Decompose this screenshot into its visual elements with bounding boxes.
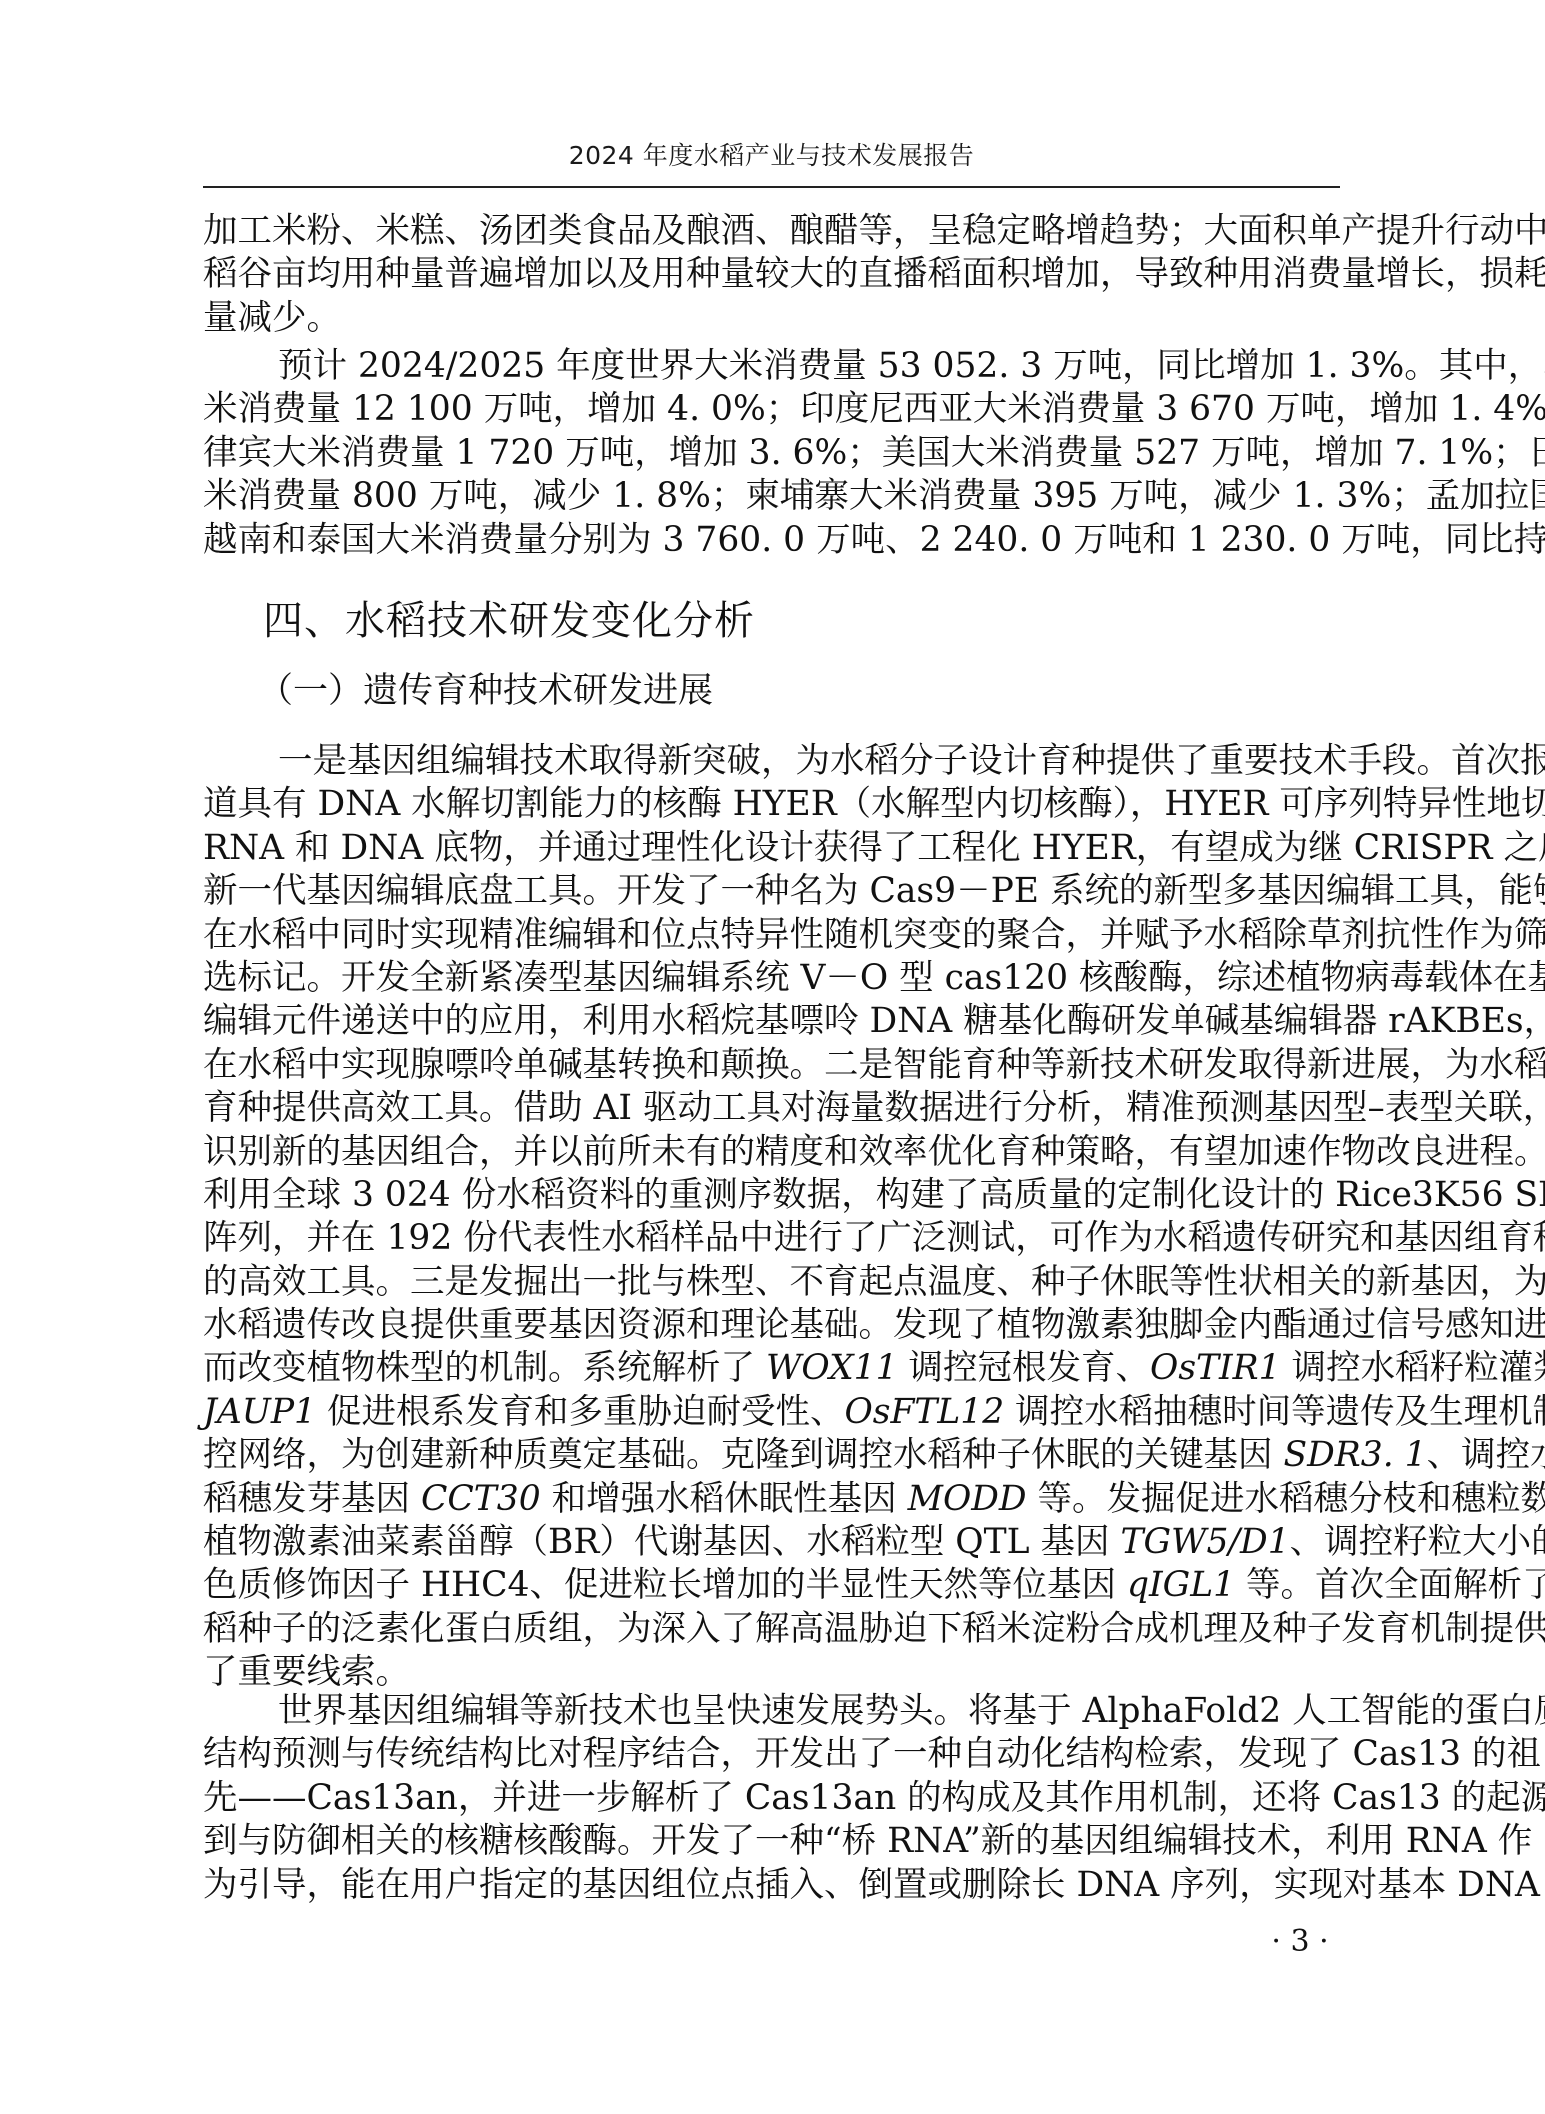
text-line: 而改变植物株型的机制。系统解析了 WOX11 调控冠根发育、OsTIR1 调控水… — [203, 1347, 1340, 1390]
text-line: 稻种子的泛素化蛋白质组，为深入了解高温胁迫下稻米淀粉合成机理及种子发育机制提供 — [203, 1608, 1340, 1651]
text-line: 新一代基因编辑底盘工具。开发了一种名为 Cas9－PE 系统的新型多基因编辑工具… — [203, 870, 1340, 913]
text-line: 为引导，能在用户指定的基因组位点插入、倒置或删除长 DNA 序列，实现对基本 D… — [203, 1864, 1340, 1907]
text-line: 水稻遗传改良提供重要基因资源和理论基础。发现了植物激素独脚金内酯通过信号感知进 — [203, 1304, 1340, 1347]
text-line: 利用全球 3 024 份水稻资料的重测序数据，构建了高质量的定制化设计的 Ric… — [203, 1174, 1340, 1217]
gene-name: MODD — [908, 1479, 1027, 1519]
text-line: 编辑元件递送中的应用，利用水稻烷基嘌呤 DNA 糖基化酶研发单碱基编辑器 rAK… — [203, 1000, 1340, 1043]
section-heading: 四、水稻技术研发变化分析 — [263, 596, 755, 646]
paragraph-world-gene-editing: 世界基因组编辑等新技术也呈快速发展势头。将基于 AlphaFold2 人工智能的… — [203, 1690, 1340, 1907]
text-line: 米消费量 12 100 万吨，增加 4. 0%；印度尼西亚大米消费量 3 670… — [203, 388, 1340, 431]
text-line: 在水稻中实现腺嘌呤单碱基转换和颠换。二是智能育种等新技术研发取得新进展，为水稻 — [203, 1044, 1340, 1087]
gene-name: TGW5/D1 — [1120, 1522, 1289, 1562]
text-line: 量减少。 — [203, 297, 1340, 340]
gene-name: qIGL1 — [1127, 1565, 1235, 1605]
text-line: 越南和泰国大米消费量分别为 3 760. 0 万吨、2 240. 0 万吨和 1… — [203, 519, 1340, 562]
text-line: 稻穗发芽基因 CCT30 和增强水稻休眠性基因 MODD 等。发掘促进水稻穗分枝… — [203, 1478, 1340, 1521]
page-number: · 3 · — [1270, 1922, 1330, 1962]
paragraph-breeding-progress: 一是基因组编辑技术取得新突破，为水稻分子设计育种提供了重要技术手段。首次报道具有… — [203, 740, 1340, 1695]
text-line: 的高效工具。三是发掘出一批与株型、不育起点温度、种子休眠等性状相关的新基因，为 — [203, 1261, 1340, 1304]
gene-name: JAUP1 — [203, 1392, 316, 1432]
text-line: 了重要线索。 — [203, 1651, 1340, 1694]
gene-name: OsFTL12 — [844, 1392, 1004, 1432]
text-line: 世界基因组编辑等新技术也呈快速发展势头。将基于 AlphaFold2 人工智能的… — [203, 1690, 1340, 1733]
header-rule — [203, 186, 1340, 188]
gene-name: WOX11 — [766, 1348, 898, 1388]
text-line: RNA 和 DNA 底物，并通过理性化设计获得了工程化 HYER，有望成为继 C… — [203, 827, 1340, 870]
text-line: 先——Cas13an，并进一步解析了 Cas13an 的构成及其作用机制，还将 … — [203, 1777, 1340, 1820]
running-header-title: 2024 年度水稻产业与技术发展报告 — [203, 136, 1340, 176]
text-line: 控网络，为创建新种质奠定基础。克隆到调控水稻种子休眠的关键基因 SDR3. 1、… — [203, 1434, 1340, 1477]
text-line: 一是基因组编辑技术取得新突破，为水稻分子设计育种提供了重要技术手段。首次报 — [203, 740, 1340, 783]
gene-name: SDR3. 1 — [1283, 1435, 1426, 1475]
document-page: 2024 年度水稻产业与技术发展报告 加工米粉、米糕、汤团类食品及酿酒、酿醋等，… — [0, 0, 1545, 2114]
gene-name: CCT30 — [421, 1479, 541, 1519]
text-line: 预计 2024/2025 年度世界大米消费量 53 052. 3 万吨，同比增加… — [203, 345, 1340, 388]
text-line: 结构预测与传统结构比对程序结合，开发出了一种自动化结构检索，发现了 Cas13 … — [203, 1733, 1340, 1776]
text-line: 识别新的基因组合，并以前所未有的精度和效率优化育种策略，有望加速作物改良进程。 — [203, 1131, 1340, 1174]
text-line: 到与防御相关的核糖核酸酶。开发了一种“桥 RNA”新的基因组编辑技术，利用 RN… — [203, 1820, 1340, 1863]
text-line: 色质修饰因子 HHC4、促进粒长增加的半显性天然等位基因 qIGL1 等。首次全… — [203, 1564, 1340, 1607]
text-line: 在水稻中同时实现精准编辑和位点特异性随机突变的聚合，并赋予水稻除草剂抗性作为筛 — [203, 914, 1340, 957]
paragraph-consumption: 预计 2024/2025 年度世界大米消费量 53 052. 3 万吨，同比增加… — [203, 345, 1340, 562]
text-line: 道具有 DNA 水解切割能力的核酶 HYER（水解型内切核酶），HYER 可序列… — [203, 783, 1340, 826]
text-line: JAUP1 促进根系发育和多重胁迫耐受性、OsFTL12 调控水稻抽穗时间等遗传… — [203, 1391, 1340, 1434]
paragraph-continuation: 加工米粉、米糕、汤团类食品及酿酒、酿醋等，呈稳定略增趋势；大面积单产提升行动中 … — [203, 210, 1340, 340]
subsection-heading: （一）遗传育种技术研发进展 — [258, 668, 713, 714]
text-line: 植物激素油菜素甾醇（BR）代谢基因、水稻粒型 QTL 基因 TGW5/D1、调控… — [203, 1521, 1340, 1564]
text-line: 米消费量 800 万吨，减少 1. 8%；柬埔寨大米消费量 395 万吨，减少 … — [203, 475, 1340, 518]
text-line: 育种提供高效工具。借助 AI 驱动工具对海量数据进行分析，精准预测基因型–表型关… — [203, 1087, 1340, 1130]
text-line: 阵列，并在 192 份代表性水稻样品中进行了广泛测试，可作为水稻遗传研究和基因组… — [203, 1217, 1340, 1260]
text-line: 选标记。开发全新紧凑型基因编辑系统 V－O 型 cas120 核酸酶，综述植物病… — [203, 957, 1340, 1000]
text-line: 律宾大米消费量 1 720 万吨，增加 3. 6%；美国大米消费量 527 万吨… — [203, 432, 1340, 475]
text-line: 加工米粉、米糕、汤团类食品及酿酒、酿醋等，呈稳定略增趋势；大面积单产提升行动中 — [203, 210, 1340, 253]
gene-name: OsTIR1 — [1150, 1348, 1281, 1388]
text-line: 稻谷亩均用种量普遍增加以及用种量较大的直播稻面积增加，导致种用消费量增长，损耗 — [203, 253, 1340, 296]
